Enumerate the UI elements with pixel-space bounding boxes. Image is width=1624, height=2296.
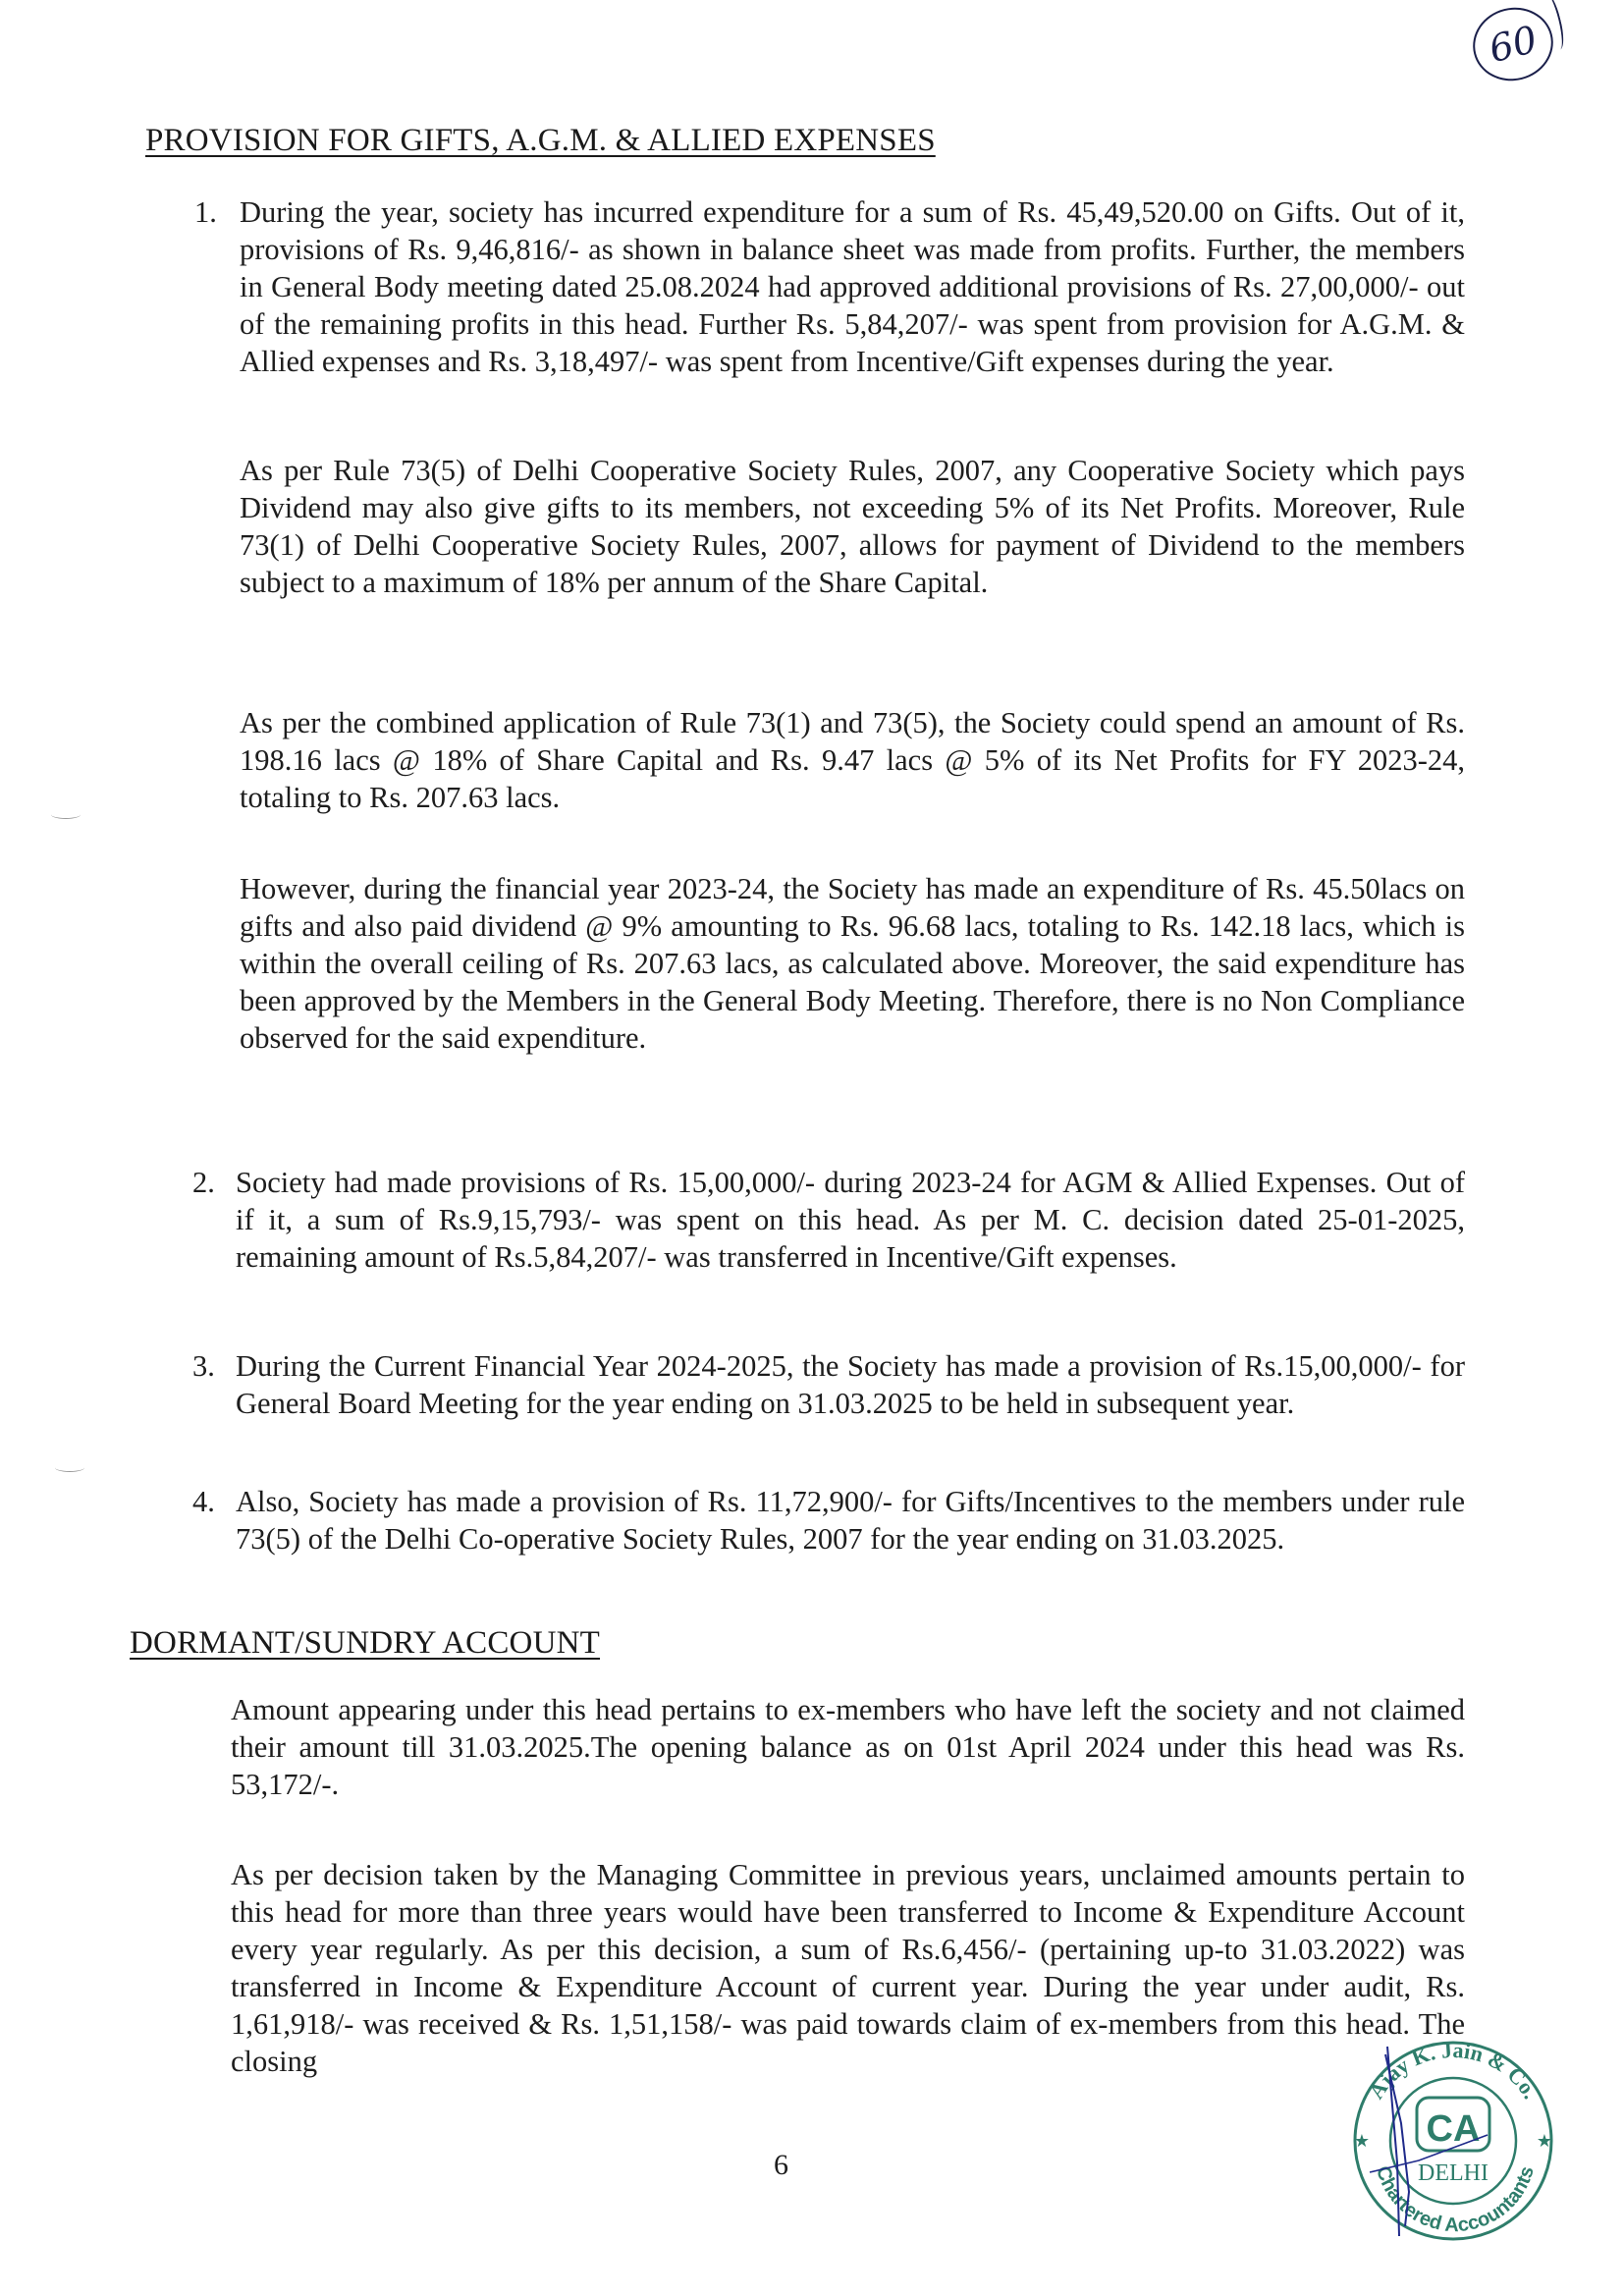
page-mark-text: 60 — [1485, 18, 1542, 71]
star-icon: ★ — [1537, 2131, 1552, 2151]
section-heading-provision-gifts: PROVISION FOR GIFTS, A.G.M. & ALLIED EXP… — [145, 123, 936, 159]
page-mark-tick — [1538, 0, 1567, 52]
handwritten-page-mark: 60 — [1465, 0, 1560, 89]
list-number: 4. — [192, 1483, 215, 1520]
item-4-paragraph: Also, Society has made a provision of Rs… — [236, 1483, 1465, 1558]
item-2-paragraph: Society had made provisions of Rs. 15,00… — [236, 1164, 1465, 1276]
section-heading-dormant-sundry: DORMANT/SUNDRY ACCOUNT — [130, 1625, 600, 1662]
ca-firm-stamp: Ajay K. Jain & Co. Chartered Accountants… — [1340, 2025, 1566, 2251]
dormant-paragraph-2: As per decision taken by the Managing Co… — [231, 1856, 1465, 2080]
list-number: 2. — [192, 1164, 215, 1201]
list-number: 1. — [194, 193, 217, 231]
item-1-paragraph-4: However, during the financial year 2023-… — [240, 870, 1465, 1057]
stamp-city: DELHI — [1418, 2160, 1489, 2186]
ca-logo-icon: CA — [1427, 2108, 1481, 2150]
list-number: 3. — [192, 1347, 215, 1385]
page-number: 6 — [774, 2149, 788, 2182]
item-1-paragraph-3: As per the combined application of Rule … — [240, 704, 1465, 816]
margin-mark — [55, 1463, 84, 1472]
item-1-paragraph-1: During the year, society has incurred ex… — [240, 193, 1465, 380]
item-3-paragraph: During the Current Financial Year 2024-2… — [236, 1347, 1465, 1422]
item-1-paragraph-2: As per Rule 73(5) of Delhi Cooperative S… — [240, 452, 1465, 601]
margin-mark — [51, 810, 81, 819]
star-icon: ★ — [1354, 2131, 1370, 2151]
dormant-paragraph-1: Amount appearing under this head pertain… — [231, 1691, 1465, 1803]
